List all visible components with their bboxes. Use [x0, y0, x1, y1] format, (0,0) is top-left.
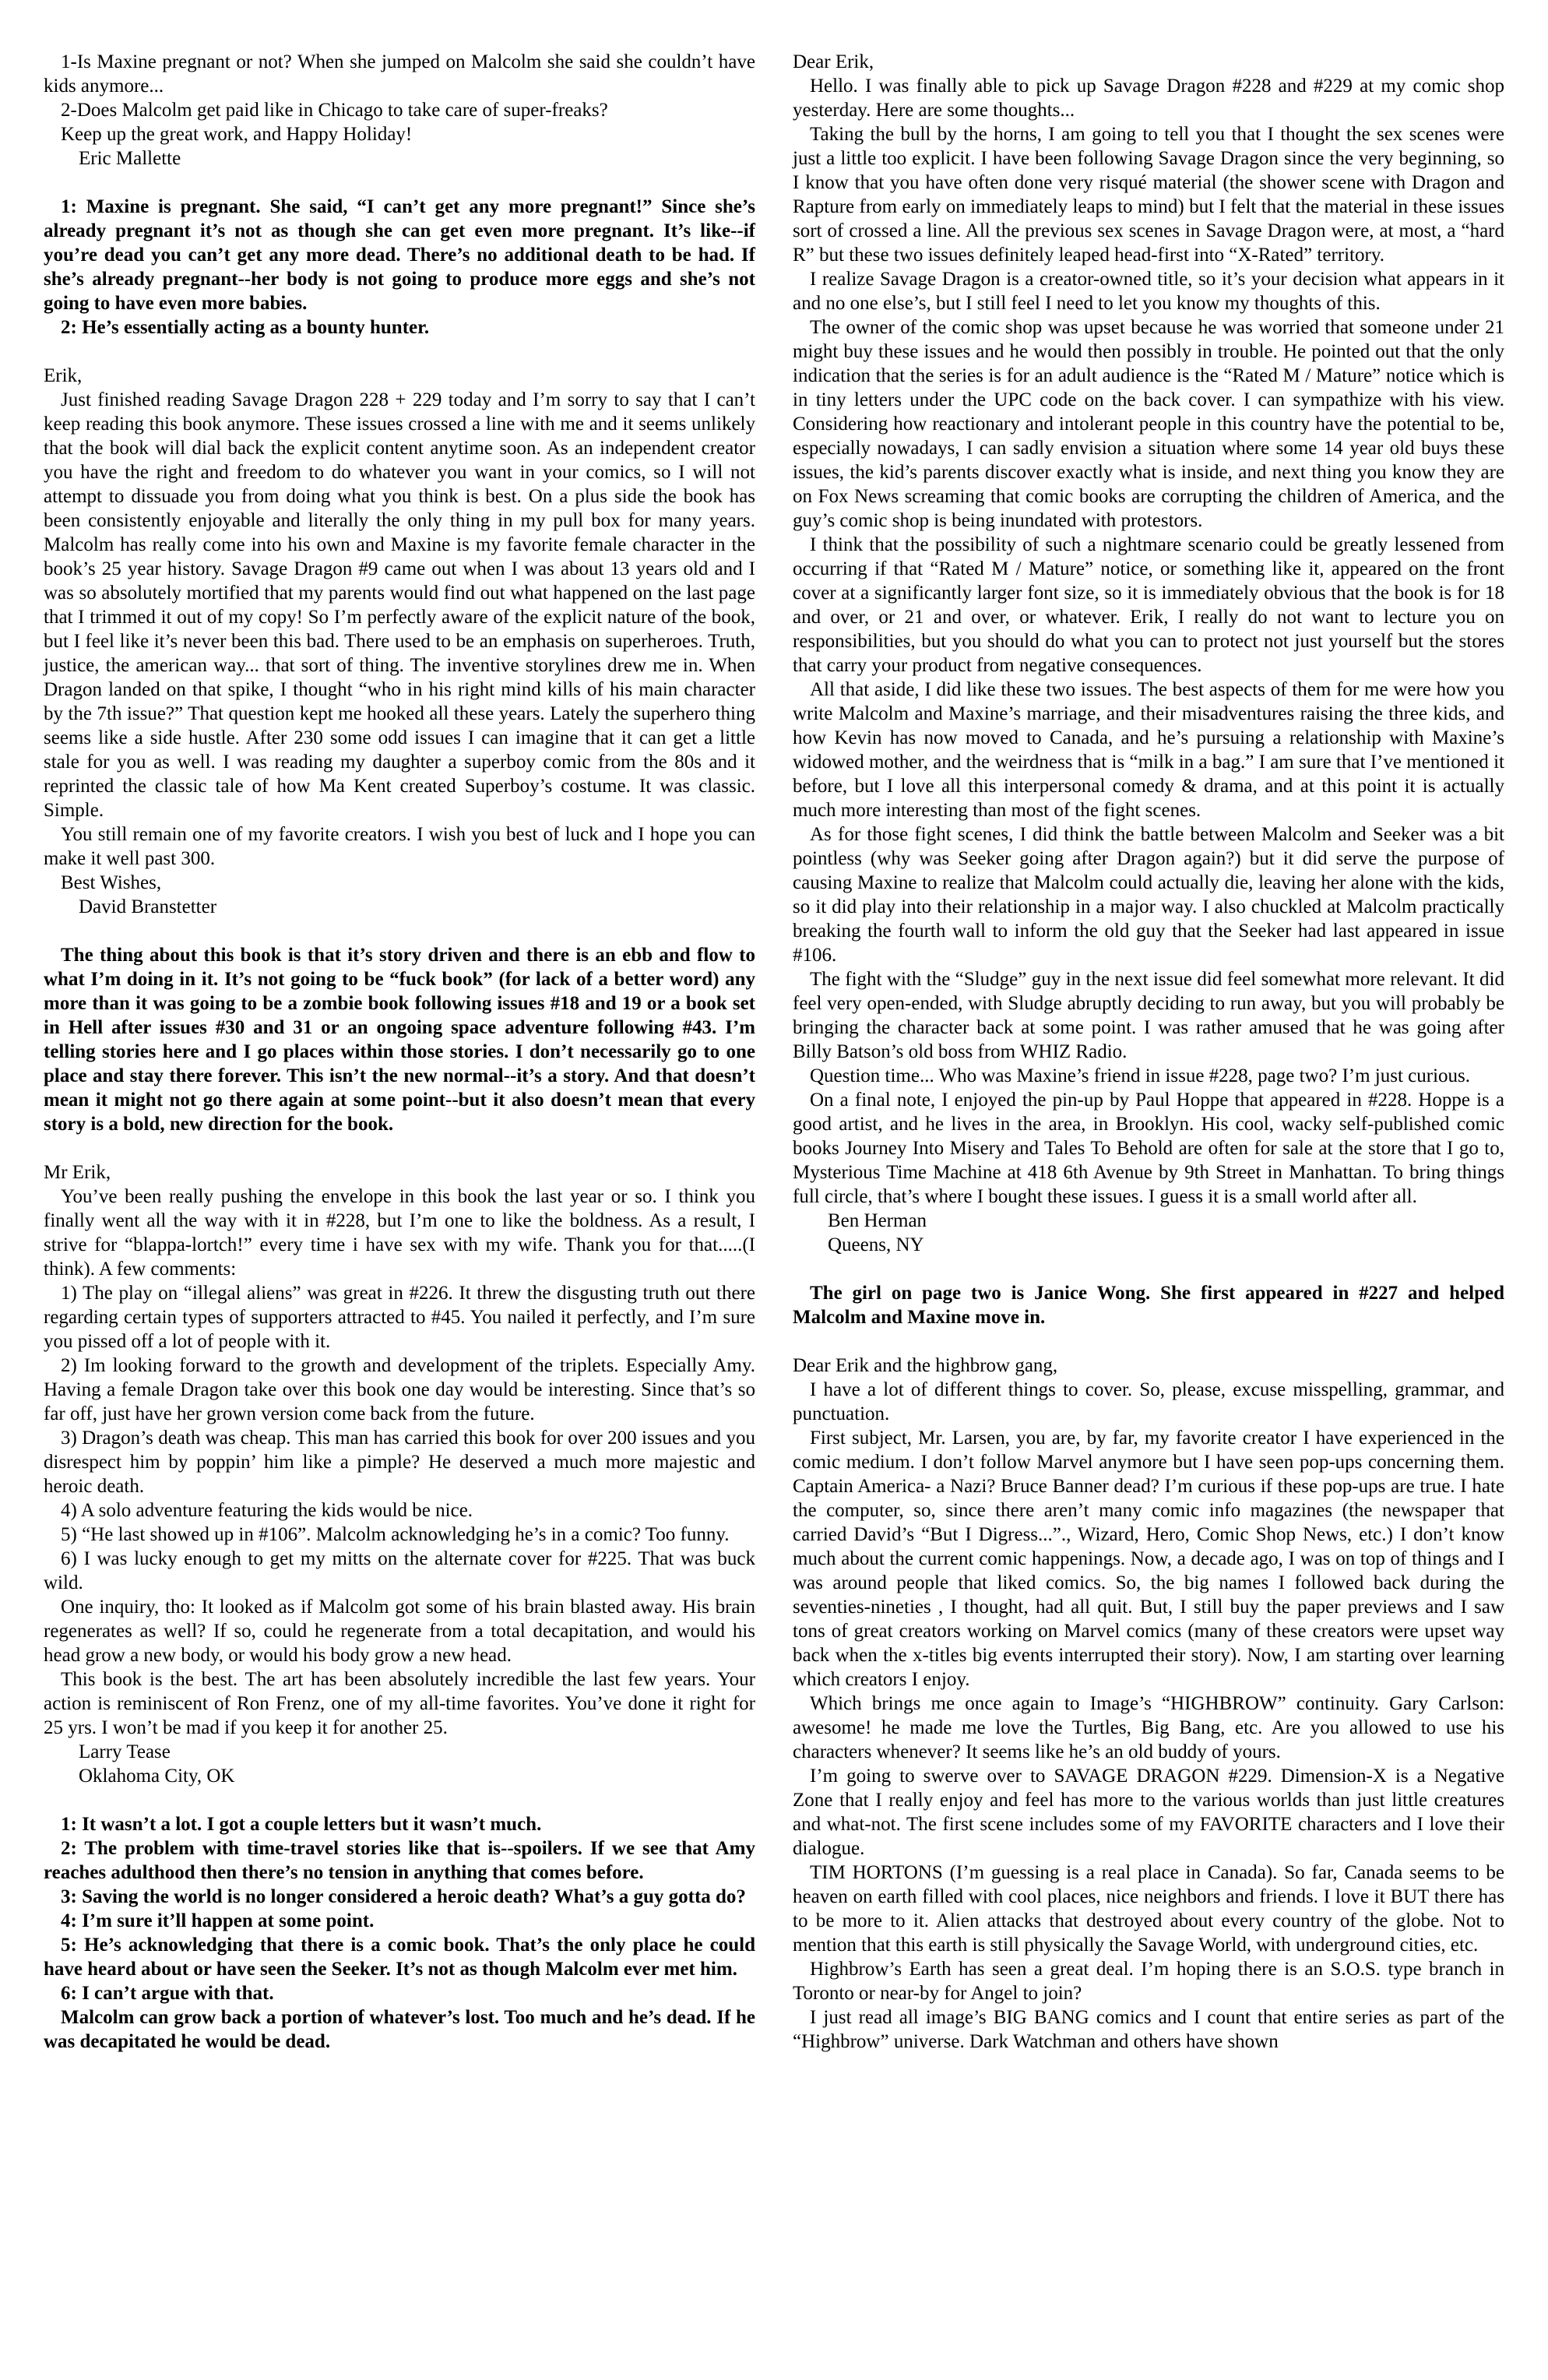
editor-reply-paragraph: 2: The problem with time-travel stories … — [44, 1836, 755, 1885]
letter-paragraph: Ben Herman — [793, 1209, 1504, 1233]
letter-paragraph: Larry Tease — [44, 1740, 755, 1764]
letter-paragraph: Mr Erik, — [44, 1160, 755, 1185]
editor-reply-paragraph: 5: He’s acknowledging that there is a co… — [44, 1933, 755, 1981]
editor-reply-paragraph: Malcolm can grow back a portion of whate… — [44, 2005, 755, 2054]
letter-paragraph: Best Wishes, — [44, 871, 755, 895]
editor-reply-paragraph: 3: Saving the world is no longer conside… — [44, 1885, 755, 1909]
letter-paragraph: 2) Im looking forward to the growth and … — [44, 1354, 755, 1426]
letter-paragraph: Question time... Who was Maxine’s friend… — [793, 1064, 1504, 1088]
letter-paragraph: Dear Erik and the highbrow gang, — [793, 1354, 1504, 1378]
letter-paragraph: 1-Is Maxine pregnant or not? When she ju… — [44, 50, 755, 98]
letter-paragraph: 6) I was lucky enough to get my mitts on… — [44, 1547, 755, 1595]
letter-paragraph: David Branstetter — [44, 895, 755, 919]
letter-paragraph: 1) The play on “illegal aliens” was grea… — [44, 1281, 755, 1354]
letter-paragraph: 2-Does Malcolm get paid like in Chicago … — [44, 98, 755, 122]
letter-paragraph: 4) A solo adventure featuring the kids w… — [44, 1498, 755, 1523]
letter-paragraph: I have a lot of different things to cove… — [793, 1378, 1504, 1426]
letter-paragraph: I just read all image’s BIG BANG comics … — [793, 2005, 1504, 2054]
editor-reply-paragraph: 6: I can’t argue with that. — [44, 1981, 755, 2005]
letter-paragraph: The fight with the “Sludge” guy in the n… — [793, 967, 1504, 1064]
letter-paragraph: You’ve been really pushing the envelope … — [44, 1185, 755, 1281]
letter-paragraph: 5) “He last showed up in #106”. Malcolm … — [44, 1523, 755, 1547]
letter-paragraph: This book is the best. The art has been … — [44, 1667, 755, 1740]
letter-paragraph: On a final note, I enjoyed the pin-up by… — [793, 1088, 1504, 1209]
editor-reply-paragraph: 1: Maxine is pregnant. She said, “I can’… — [44, 195, 755, 315]
letter-paragraph: Eric Mallette — [44, 146, 755, 171]
editor-reply-paragraph: The girl on page two is Janice Wong. She… — [793, 1281, 1504, 1329]
letter-paragraph: 3) Dragon’s death was cheap. This man ha… — [44, 1426, 755, 1498]
letter-paragraph: Taking the bull by the horns, I am going… — [793, 122, 1504, 267]
letter-paragraph: TIM HORTONS (I’m guessing is a real plac… — [793, 1861, 1504, 1957]
letter-paragraph: You still remain one of my favorite crea… — [44, 822, 755, 871]
letters-page: 1-Is Maxine pregnant or not? When she ju… — [0, 0, 1548, 2380]
letter-paragraph: One inquiry, tho: It looked as if Malcol… — [44, 1595, 755, 1667]
right-column: Dear Erik,Hello. I was finally able to p… — [793, 50, 1504, 2380]
letter-paragraph: Just finished reading Savage Dragon 228 … — [44, 388, 755, 822]
editor-reply-paragraph: 2: He’s essentially acting as a bounty h… — [44, 315, 755, 340]
editor-reply-paragraph: 4: I’m sure it’ll happen at some point. — [44, 1909, 755, 1933]
letter-paragraph: The owner of the comic shop was upset be… — [793, 315, 1504, 533]
letter-paragraph: Hello. I was finally able to pick up Sav… — [793, 74, 1504, 122]
letter-paragraph: First subject, Mr. Larsen, you are, by f… — [793, 1426, 1504, 1692]
letter-paragraph: Oklahoma City, OK — [44, 1764, 755, 1788]
letter-paragraph: Erik, — [44, 364, 755, 388]
letter-paragraph: All that aside, I did like these two iss… — [793, 678, 1504, 822]
letter-paragraph: Queens, NY — [793, 1233, 1504, 1257]
editor-reply-paragraph: The thing about this book is that it’s s… — [44, 943, 755, 1136]
letter-paragraph: I think that the possibility of such a n… — [793, 533, 1504, 678]
letter-paragraph: I realize Savage Dragon is a creator-own… — [793, 267, 1504, 315]
letter-paragraph: As for those fight scenes, I did think t… — [793, 822, 1504, 967]
letter-paragraph: Keep up the great work, and Happy Holida… — [44, 122, 755, 146]
editor-reply-paragraph: 1: It wasn’t a lot. I got a couple lette… — [44, 1812, 755, 1836]
letter-paragraph: I’m going to swerve over to SAVAGE DRAGO… — [793, 1764, 1504, 1861]
letter-paragraph: Dear Erik, — [793, 50, 1504, 74]
letter-paragraph: Which brings me once again to Image’s “H… — [793, 1692, 1504, 1764]
left-column: 1-Is Maxine pregnant or not? When she ju… — [44, 50, 755, 2380]
letter-paragraph: Highbrow’s Earth has seen a great deal. … — [793, 1957, 1504, 2005]
